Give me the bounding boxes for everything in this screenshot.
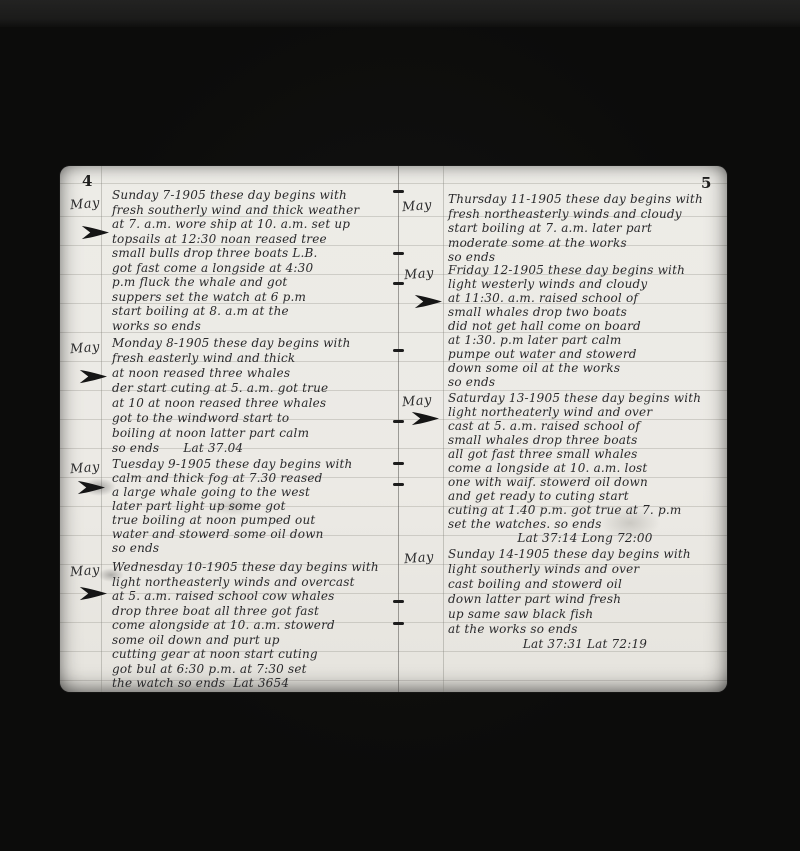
log-line: moderate some at the works — [448, 236, 722, 251]
log-line: true boiling at noon pumped out — [112, 513, 400, 527]
month-label: May — [69, 563, 100, 581]
log-line: one with waif. stowerd oil down — [448, 475, 722, 489]
log-line: at 1:30. p.m later part calm — [448, 333, 722, 347]
log-line: up same saw black fish — [448, 607, 722, 622]
log-line: Friday 12-1905 these day begins with — [448, 263, 722, 277]
log-line: boiling at noon latter part calm — [112, 426, 400, 441]
log-line: Saturday 13-1905 these day begins with — [448, 391, 722, 405]
log-line: at the works so ends — [448, 622, 722, 637]
log-line: start boiling at 7. a.m. later part — [448, 221, 722, 236]
log-line: so ends — [112, 541, 400, 555]
log-line: cast at 5. a.m. raised school of — [448, 419, 722, 433]
log-line: topsails at 12:30 noan reased tree — [112, 232, 400, 247]
log-line: start boiling at 8. a.m at the — [112, 304, 400, 319]
log-line: down latter part wind fresh — [448, 592, 722, 607]
log-line: a large whale going to the west — [112, 485, 400, 499]
month-label: May — [403, 550, 434, 568]
log-line: light northeaterly wind and over — [448, 405, 722, 419]
log-line: p.m fluck the whale and got — [112, 275, 400, 290]
log-line: Tuesday 9-1905 these day begins with — [112, 457, 400, 471]
log-line: light westerly winds and cloudy — [448, 277, 722, 291]
pointer-arrow-icon — [74, 480, 106, 495]
log-line: cutting gear at noon start cuting — [112, 647, 400, 662]
log-line: some oil down and purt up — [112, 633, 400, 648]
log-line: come alongside at 10. a.m. stowerd — [112, 618, 400, 633]
month-label: May — [69, 460, 100, 478]
log-line: works so ends — [112, 319, 400, 334]
log-line: drop three boat all three got fast — [112, 604, 400, 619]
log-line: cast boiling and stowerd oil — [448, 577, 722, 592]
log-line: suppers set the watch at 6 p.m — [112, 290, 400, 305]
log-line: at 7. a.m. wore ship at 10. a.m. set up — [112, 217, 400, 232]
pointer-arrow-icon — [76, 369, 108, 384]
pointer-arrow-icon — [411, 294, 443, 309]
log-line: small whales drop two boats — [448, 305, 722, 319]
log-entry-sunday-14: Sunday 14-1905 these day begins with lig… — [448, 547, 722, 652]
pointer-arrow-icon — [78, 225, 110, 240]
log-line: come a longside at 10. a.m. lost — [448, 461, 722, 475]
pointer-arrow-icon — [76, 586, 108, 601]
log-entry-wednesday-10: Wednesday 10-1905 these day begins with … — [112, 560, 400, 691]
logbook-page-spread: 4 5 May Sunday 7-1905 these day begins w… — [60, 166, 727, 692]
month-label: May — [403, 266, 434, 284]
log-line: fresh easterly wind and thick — [112, 351, 400, 366]
log-line: Sunday 7-1905 these day begins with — [112, 188, 400, 203]
log-entry-thursday-11: Thursday 11-1905 these day begins with f… — [448, 192, 722, 265]
log-line: later part light up some got — [112, 499, 400, 513]
page-number-right: 5 — [701, 174, 711, 192]
log-line: fresh northeasterly winds and cloudy — [448, 207, 722, 222]
log-entry-tuesday-9: Tuesday 9-1905 these day begins with cal… — [112, 457, 400, 555]
log-line: small bulls drop three boats L.B. — [112, 246, 400, 261]
log-line: cuting at 1.40 p.m. got true at 7. p.m — [448, 503, 722, 517]
log-line: der start cuting at 5. a.m. got true — [112, 381, 400, 396]
log-line: Sunday 14-1905 these day begins with — [448, 547, 722, 562]
log-line: at 10 at noon reased three whales — [112, 396, 400, 411]
pointer-arrow-icon — [408, 411, 440, 426]
log-line: the watch so ends Lat 3654 — [112, 676, 400, 691]
scan-top-band — [0, 0, 800, 27]
month-label: May — [401, 198, 432, 216]
log-line: light southerly winds and over — [448, 562, 722, 577]
log-line: got to the windword start to — [112, 411, 400, 426]
log-entry-saturday-13: Saturday 13-1905 these day begins with l… — [448, 391, 722, 545]
log-line: did not get hall come on board — [448, 319, 722, 333]
log-line: light northeasterly winds and overcast — [112, 575, 400, 590]
log-line: water and stowerd some oil down — [112, 527, 400, 541]
page-number-left: 4 — [82, 172, 92, 190]
log-entry-friday-12: Friday 12-1905 these day begins with lig… — [448, 263, 722, 389]
log-line: and get ready to cuting start — [448, 489, 722, 503]
month-label: May — [69, 340, 100, 358]
log-line: at 5. a.m. raised school cow whales — [112, 589, 400, 604]
log-line: got fast come a longside at 4:30 — [112, 261, 400, 276]
log-line: pumpe out water and stowerd — [448, 347, 722, 361]
log-line: set the watches. so ends — [448, 517, 722, 531]
log-line-coordinates: Lat 37:14 Long 72:00 — [448, 531, 722, 545]
log-line: down some oil at the works — [448, 361, 722, 375]
log-line: Monday 8-1905 these day begins with — [112, 336, 400, 351]
log-entry-sunday-7: Sunday 7-1905 these day begins with fres… — [112, 188, 400, 333]
log-line: Thursday 11-1905 these day begins with — [448, 192, 722, 207]
right-page-margin-rule — [443, 166, 444, 692]
month-label: May — [401, 393, 432, 411]
log-line-coordinates: Lat 37:31 Lat 72:19 — [448, 637, 722, 652]
log-entry-monday-8: Monday 8-1905 these day begins with fres… — [112, 336, 400, 456]
microfilm-scan-background: 4 5 May Sunday 7-1905 these day begins w… — [0, 0, 800, 851]
log-line: calm and thick fog at 7.30 reased — [112, 471, 400, 485]
log-line: all got fast three small whales — [448, 447, 722, 461]
left-page-margin-rule — [101, 166, 102, 692]
log-line: so ends — [448, 375, 722, 389]
log-line: at 11:30. a.m. raised school of — [448, 291, 722, 305]
log-line: fresh southerly wind and thick weather — [112, 203, 400, 218]
log-line: Wednesday 10-1905 these day begins with — [112, 560, 400, 575]
log-line: small whales drop three boats — [448, 433, 722, 447]
log-line: at noon reased three whales — [112, 366, 400, 381]
log-line: got bul at 6:30 p.m. at 7:30 set — [112, 662, 400, 677]
log-line: so ends Lat 37.04 — [112, 441, 400, 456]
month-label: May — [69, 196, 100, 214]
